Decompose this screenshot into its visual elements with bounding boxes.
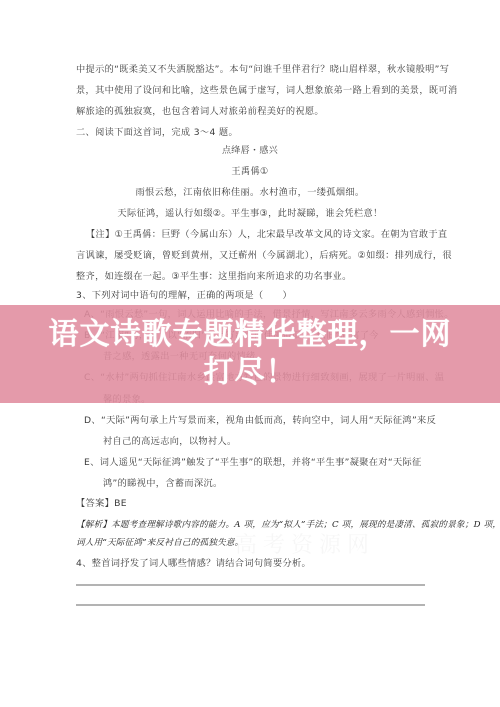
poem-author: 王禹偁① bbox=[0, 165, 500, 178]
option-e-line-1: E、词人遥见“天际征鸿”触发了“平生事”的联想，并将“平生事”凝聚在对“天际征 bbox=[84, 456, 444, 469]
option-d-line-1: D、“天际”两句承上片写景而来，视角由低而高，转向空中，词人用“天际征鸿”来反 bbox=[84, 414, 444, 427]
section-heading: 二、阅读下面这首词，完成 3～4 题。 bbox=[76, 126, 436, 139]
question3-stem: 3、下列对词中语句的理解，正确的两项是（ ） bbox=[76, 289, 436, 302]
poem-line-1: 雨恨云愁，江南依旧称佳丽。水村渔市，一缕孤烟细。 bbox=[0, 186, 500, 199]
intro-line-3: 解旅途的孤独寂寞，也包含着词人对旅弟前程美好的祝愿。 bbox=[76, 105, 436, 118]
intro-line-2: 景，其中使用了设问和比喻，这些景色属于虚写，词人想象旅弟一路上看到的美景，既可消 bbox=[76, 84, 436, 97]
watermark-text: 高考资源网 bbox=[235, 528, 375, 559]
option-d-line-2: 衬自己的高远志向，以物衬人。 bbox=[103, 435, 463, 448]
option-e-line-2: 鸿”的睇视中，含蓄而深沉。 bbox=[103, 477, 463, 490]
notes-line-2: 言讽谏，屡受贬谪，曾贬到黄州，又迁蕲州（今属湖北），后病死。②如缀：排列成行，很 bbox=[76, 249, 436, 262]
banner-title[interactable]: 语文诗歌专题精华整理，一网 打尽！ bbox=[0, 305, 500, 403]
intro-line-1: 中提示的“既柔美又不失洒脱豁达”。本句“问谁千里伴君行？晓山眉样翠，秋水镜般明”… bbox=[76, 63, 436, 76]
banner-title-line-1: 语文诗歌专题精华整理，一网 bbox=[49, 316, 452, 354]
poem-title: 点绛唇・感兴 bbox=[0, 145, 500, 158]
banner-title-line-2: 打尽！ bbox=[204, 354, 297, 392]
question4-stem: 4、整首词抒发了词人哪些情感？请结合词句简要分析。 bbox=[76, 557, 436, 570]
notes-line-3: 整齐，如连缀在一起。③平生事：这里指向来所追求的功名事业。 bbox=[76, 270, 436, 283]
notes-line-1: 【注】①王禹偁：巨野（今属山东）人，北宋最早改革文风的诗文家。在朝为官敢于直 bbox=[86, 228, 446, 241]
answer-line-2[interactable] bbox=[76, 604, 425, 606]
answer-label: 【答案】BE bbox=[76, 497, 436, 510]
poem-line-2: 天际征鸿，遥认行如缀②。平生事③，此时凝睇，谁会凭栏意！ bbox=[0, 207, 500, 220]
answer-line-1[interactable] bbox=[76, 584, 425, 586]
